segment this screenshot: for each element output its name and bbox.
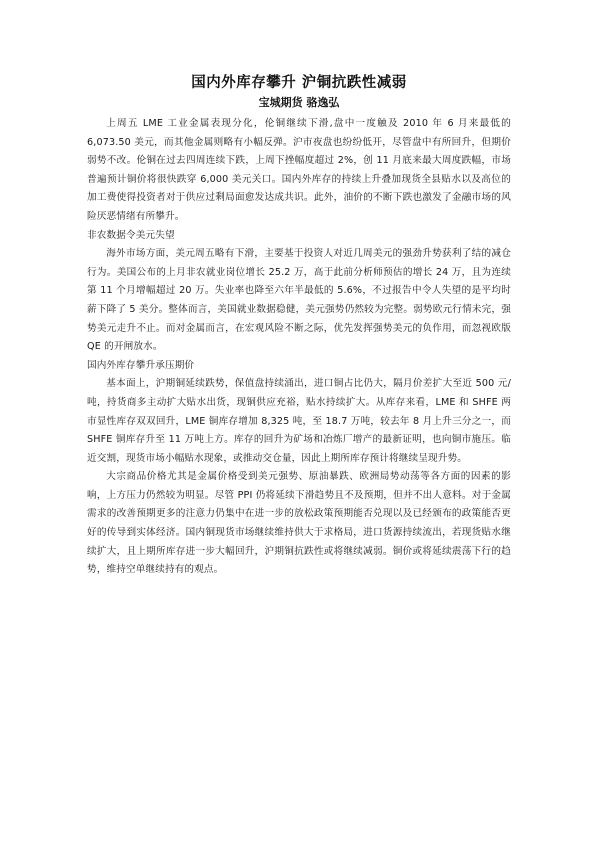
paragraph-fundamentals: 基本面上，沪期铜延续跌势，保值盘持续涌出，进口铜占比仍大，隔月价差扩大至近 50… bbox=[87, 375, 511, 468]
document-title: 国内外库存攀升 沪铜抗跌性减弱 bbox=[87, 72, 511, 94]
section-heading-nonfarm: 非农数据令美元失望 bbox=[87, 227, 511, 246]
author-byline: 宝城期货 骆逸弘 bbox=[87, 94, 511, 112]
paragraph-outlook: 大宗商品价格尤其是金属价格受到美元强势、原油暴跌、欧洲局势动荡等各方面的因素的影… bbox=[87, 468, 511, 580]
paragraph-intro: 上周五 LME 工业金属表现分化，伦铜继续下滑,盘中一度触及 2010 年 6 … bbox=[87, 115, 511, 227]
paragraph-dollar: 海外市场方面，美元周五略有下滑，主要基于投资人对近几周美元的强劲升势获利了结的减… bbox=[87, 245, 511, 357]
section-heading-inventory: 国内外库存攀升承压期价 bbox=[87, 357, 511, 376]
document-page: 国内外库存攀升 沪铜抗跌性减弱 宝城期货 骆逸弘 上周五 LME 工业金属表现分… bbox=[87, 72, 511, 580]
